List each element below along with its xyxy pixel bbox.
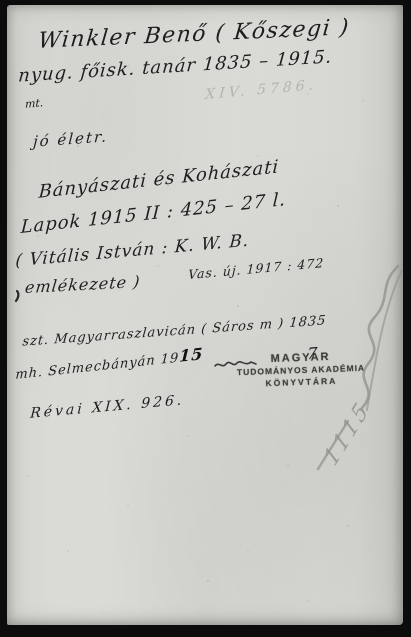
death-line: mh. Selmecbányán 1915 xyxy=(15,345,204,383)
biography-note: jó életr. xyxy=(33,128,109,150)
pencil-shelfmark: XIV. 5786. xyxy=(205,78,318,103)
ink-squiggle-icon xyxy=(213,357,257,371)
source-line-4: emlékezete ) xyxy=(24,273,141,297)
pencil-scrawl-icon xyxy=(312,260,407,420)
paper-texture xyxy=(7,5,9,7)
paper: Winkler Benő ( Kőszegi ) nyug. főisk. ta… xyxy=(7,5,403,625)
reference-line: Révai XIX. 926. xyxy=(30,393,185,422)
scanned-card: Winkler Benő ( Kőszegi ) nyug. főisk. ta… xyxy=(0,0,411,637)
note-mt: mt. xyxy=(25,97,44,111)
death-line-text: mh. Selmecbányán 19 xyxy=(15,351,180,383)
stray-ink-mark-icon xyxy=(13,289,23,303)
journal-ref: Vas. új. 1917 : 472 xyxy=(188,256,325,282)
birth-line: szt. Magyarraszlavicán ( Sáros m ) 1835 xyxy=(22,314,327,350)
death-line-bold-digits: 15 xyxy=(179,344,204,366)
